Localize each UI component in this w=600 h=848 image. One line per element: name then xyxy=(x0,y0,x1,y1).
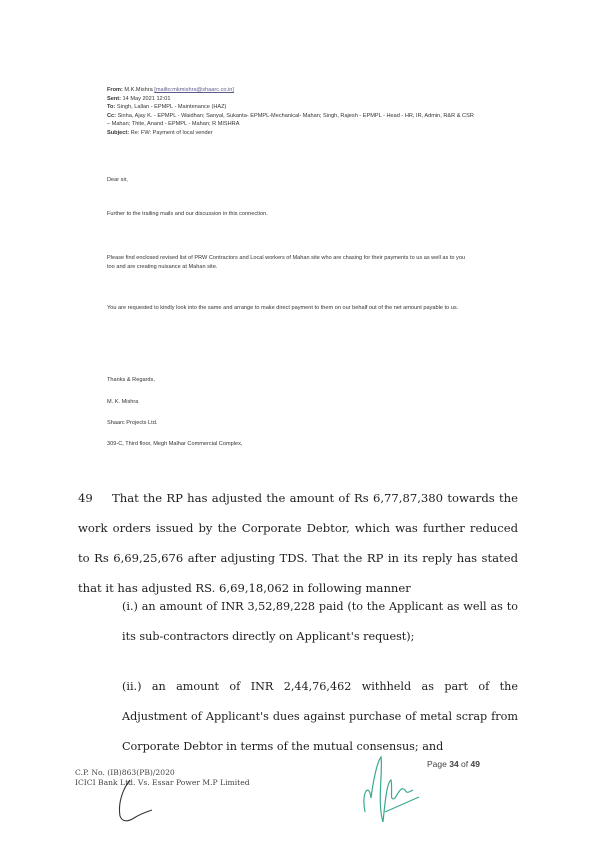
page-total: 49 xyxy=(471,759,480,769)
case-number: C.P. No. (IB)863(PB)/2020 xyxy=(75,768,250,778)
sender-name: M. K. Mishra xyxy=(107,398,467,407)
sender-address: 309-C, Third floor, Megh Malhar Commerci… xyxy=(107,440,467,449)
email-para-2: Please find enclosed revised list of PRW… xyxy=(107,254,467,271)
sender-company: Shaarc Projects Ltd. xyxy=(107,419,467,428)
case-footer: C.P. No. (IB)863(PB)/2020 ICICI Bank Ltd… xyxy=(75,768,250,788)
cc-recipients: Sinha, Ajay K. - EPMPL - Waidhan; Sanyal… xyxy=(107,113,474,128)
case-title: ICICI Bank Ltd. Vs. Essar Power M.P Limi… xyxy=(75,778,250,788)
from-name: M.K.Mishra xyxy=(124,87,152,93)
page-indicator: Page 34 of 49 xyxy=(427,759,480,769)
from-email-link[interactable]: [mailto:mkmishra@shaarc.co.in] xyxy=(154,87,234,93)
paragraph-49: 49That the RP has adjusted the amount of… xyxy=(78,483,518,603)
paragraph-number: 49 xyxy=(78,483,112,513)
list-item: (i.) an amount of INR 3,52,89,228 paid (… xyxy=(122,592,518,652)
signature-left-icon xyxy=(112,778,162,828)
email-closing: Thanks & Regards, xyxy=(107,376,467,385)
paragraph-text: That the RP has adjusted the amount of R… xyxy=(78,491,518,595)
email-header: From: M.K.Mishra [mailto:mkmishra@shaarc… xyxy=(107,86,477,138)
signature-right-icon xyxy=(355,752,430,832)
to-recipients: Singh, Lallan - EPMPL - Maintenance (HAZ… xyxy=(117,104,227,110)
email-greeting: Dear sir, xyxy=(107,176,467,185)
sent-date: 14 May 2021 12:01 xyxy=(123,96,171,102)
list-item: (ii.) an amount of INR 2,44,76,462 withh… xyxy=(122,672,518,762)
page-current: 34 xyxy=(449,759,458,769)
email-para-1: Further to the trailing mails and our di… xyxy=(107,210,467,219)
email-subject: Re: FW: Payment of local vender xyxy=(131,130,213,136)
email-para-3: You are requested to kindly look into th… xyxy=(107,304,467,313)
